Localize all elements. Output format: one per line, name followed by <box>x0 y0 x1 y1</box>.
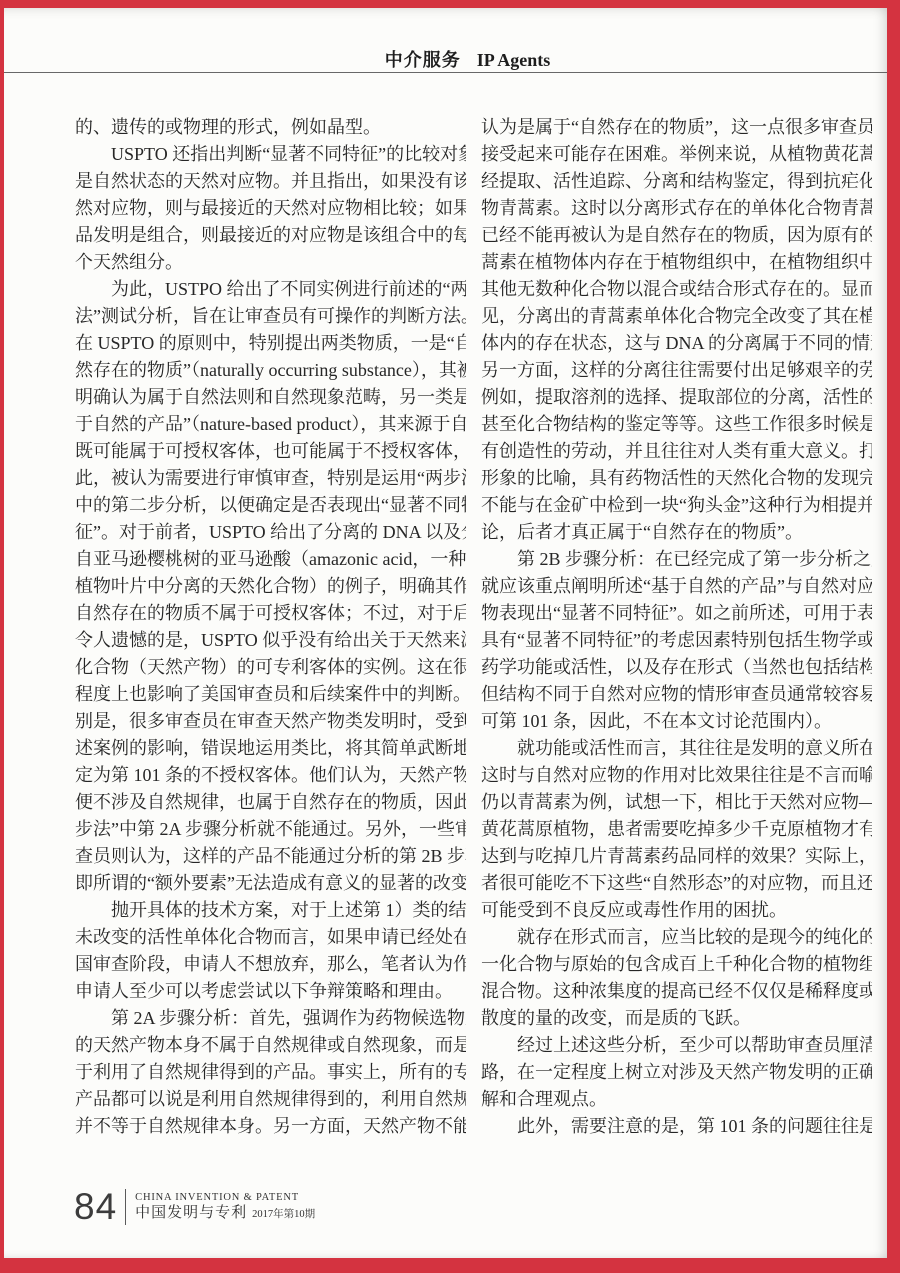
text-line: 即所谓的“额外要素”无法造成有意义的显著的改变。 <box>75 870 466 897</box>
text-line: 不能与在金矿中检到一块“狗头金”这种行为相提并 <box>481 492 872 519</box>
text-line: 此，被认为需要进行审慎审查，特别是运用“两步法” <box>75 465 466 492</box>
text-line: 植物叶片中分离的天然化合物）的例子，明确其作为 <box>75 573 466 600</box>
text-line: 但结构不同于自然对应物的情形审查员通常较容易认 <box>481 681 872 708</box>
text-line: 蒿素在植物体内存在于植物组织中，在植物组织中与 <box>481 249 872 276</box>
text-line: 是自然状态的天然对应物。并且指出，如果没有该天 <box>75 168 466 195</box>
text-line: 黄花蒿原植物，患者需要吃掉多少千克原植物才有能 <box>481 816 872 843</box>
text-line: 未改变的活性单体化合物而言，如果申请已经处在美 <box>75 924 466 951</box>
section-title-en: IP Agents <box>477 50 551 70</box>
text-line: 具有“显著不同特征”的考虑因素特别包括生物学或 <box>481 627 872 654</box>
text-line: 品发明是组合，则最接近的对应物是该组合中的每一 <box>75 222 466 249</box>
text-line: 第 2A 步骤分析：首先，强调作为药物候选物发现 <box>75 1005 466 1032</box>
text-line: 述案例的影响，错误地运用类比，将其简单武断地判 <box>75 735 466 762</box>
text-line: 于自然的产品”（nature-based product），其来源于自然， <box>75 411 466 438</box>
text-line: 第 2B 步骤分析：在已经完成了第一步分析之后， <box>481 546 872 573</box>
scanned-page: { "colors":{"border_red":"#d43340","pape… <box>0 0 900 1273</box>
paper: 中介服务IP Agents 的、遗传的或物理的形式，例如晶型。 USPTO 还指… <box>4 8 887 1258</box>
header-rule <box>4 72 887 73</box>
text-line: USPTO 还指出判断“显著不同特征”的比较对象 <box>75 141 466 168</box>
journal-name-cn: 中国发明与专利 <box>135 1205 247 1221</box>
text-line: 产品都可以说是利用自然规律得到的，利用自然规律 <box>75 1086 466 1113</box>
text-line: 程度上也影响了美国审查员和后续案件中的判断。特 <box>75 681 466 708</box>
text-line: 国审查阶段，申请人不想放弃，那么，笔者认为作为 <box>75 951 466 978</box>
text-line: 可能受到不良反应或毒性作用的困扰。 <box>481 897 872 924</box>
journal-info: CHINA INVENTION & PATENT 中国发明与专利2017年第10… <box>135 1192 315 1222</box>
text-line: 法”测试分析，旨在让审查员有可操作的判断方法。 <box>75 303 466 330</box>
text-line: 一化合物与原始的包含成百上千种化合物的植物组织 <box>481 951 872 978</box>
footer-divider <box>125 1189 126 1225</box>
text-line: 查员则认为，这样的产品不能通过分析的第 2B 步骤， <box>75 843 466 870</box>
text-line: 别是，很多审查员在审查天然产物类发明时，受到上 <box>75 708 466 735</box>
text-line: 的天然产物本身不属于自然规律或自然现象，而是属 <box>75 1032 466 1059</box>
text-line: 征”。对于前者，USPTO 给出了分离的 DNA 以及分离 <box>75 519 466 546</box>
column-left: 的、遗传的或物理的形式，例如晶型。 USPTO 还指出判断“显著不同特征”的比较… <box>75 114 466 1140</box>
text-line: 例如，提取溶剂的选择、提取部位的分离，活性的追踪， <box>481 384 872 411</box>
text-line: 者很可能吃不下这些“自然形态”的对应物，而且还 <box>481 870 872 897</box>
text-line: 这时与自然对应物的作用对比效果往往是不言而喻的。 <box>481 762 872 789</box>
text-line: 有创造性的劳动，并且往往对人类有重大意义。打个 <box>481 438 872 465</box>
text-line: 申请人至少可以考虑尝试以下争辩策略和理由。 <box>75 978 466 1005</box>
text-line: 药学功能或活性，以及存在形式（当然也包括结构， <box>481 654 872 681</box>
text-line: 可第 101 条，因此，不在本文讨论范围内）。 <box>481 708 872 735</box>
article-columns: 的、遗传的或物理的形式，例如晶型。 USPTO 还指出判断“显著不同特征”的比较… <box>75 114 872 1140</box>
text-line: 就应该重点阐明所述“基于自然的产品”与自然对应 <box>481 573 872 600</box>
text-line: 然存在的物质”（naturally occurring substance），其… <box>75 357 466 384</box>
text-line: 形象的比喻，具有药物活性的天然化合物的发现完全 <box>481 465 872 492</box>
text-line: 于利用了自然规律得到的产品。事实上，所有的专利 <box>75 1059 466 1086</box>
text-line: 仍以青蒿素为例，试想一下，相比于天然对应物—— <box>481 789 872 816</box>
text-line: 物青蒿素。这时以分离形式存在的单体化合物青蒿素 <box>481 195 872 222</box>
text-line: 个天然组分。 <box>75 249 466 276</box>
text-line: 论，后者才真正属于“自然存在的物质”。 <box>481 519 872 546</box>
text-line: 步法”中第 2A 步骤分析就不能通过。另外，一些审 <box>75 816 466 843</box>
column-right: 认为是属于“自然存在的物质”，这一点很多审查员接受起来可能存在困难。举例来说，从… <box>481 114 872 1140</box>
text-line: 认为是属于“自然存在的物质”，这一点很多审查员 <box>481 114 872 141</box>
text-line: 的、遗传的或物理的形式，例如晶型。 <box>75 114 466 141</box>
text-line: 化合物（天然产物）的可专利客体的实例。这在很大 <box>75 654 466 681</box>
text-line: 体内的存在状态，这与 DNA 的分离属于不同的情形。 <box>481 330 872 357</box>
text-line: 抛开具体的技术方案，对于上述第 1）类的结构 <box>75 897 466 924</box>
text-line: 为此，USTPO 给出了不同实例进行前述的“两步 <box>75 276 466 303</box>
text-line: 便不涉及自然规律，也属于自然存在的物质，因此，“两 <box>75 789 466 816</box>
page-header: 中介服务IP Agents <box>4 46 887 72</box>
text-line: 既可能属于可授权客体，也可能属于不授权客体，因 <box>75 438 466 465</box>
text-line: 自亚马逊樱桃树的亚马逊酸（amazonic acid，一种自 <box>75 546 466 573</box>
text-line: 物表现出“显著不同特征”。如之前所述，可用于表明 <box>481 600 872 627</box>
text-line: 就功能或活性而言，其往往是发明的意义所在。 <box>481 735 872 762</box>
journal-name-en: CHINA INVENTION & PATENT <box>135 1192 315 1204</box>
text-line: 见，分离出的青蒿素单体化合物完全改变了其在植物 <box>481 303 872 330</box>
text-line: 明确认为属于自然法则和自然现象范畴，另一类是“基 <box>75 384 466 411</box>
text-line: 另一方面，这样的分离往往需要付出足够艰辛的劳动， <box>481 357 872 384</box>
issue-number: 2017年第10期 <box>252 1209 315 1220</box>
page-number: 84 <box>74 1186 117 1228</box>
text-line: 在 USPTO 的原则中，特别提出两类物质，一是“自 <box>75 330 466 357</box>
text-line: 自然存在的物质不属于可授权客体；不过，对于后者， <box>75 600 466 627</box>
text-line: 经提取、活性追踪、分离和结构鉴定，得到抗疟化合 <box>481 168 872 195</box>
text-line: 中的第二步分析，以便确定是否表现出“显著不同特 <box>75 492 466 519</box>
text-line: 散度的量的改变，而是质的飞跃。 <box>481 1005 872 1032</box>
page-footer: 84 CHINA INVENTION & PATENT 中国发明与专利2017年… <box>74 1186 315 1228</box>
text-line: 经过上述这些分析，至少可以帮助审查员厘清思 <box>481 1032 872 1059</box>
text-line: 此外，需要注意的是，第 101 条的问题往往是与 <box>481 1113 872 1140</box>
text-line: 其他无数种化合物以混合或结合形式存在的。显而易 <box>481 276 872 303</box>
text-line: 解和合理观点。 <box>481 1086 872 1113</box>
text-line: 并不等于自然规律本身。另一方面，天然产物不能被 <box>75 1113 466 1140</box>
text-line: 达到与吃掉几片青蒿素药品同样的效果？实际上，患 <box>481 843 872 870</box>
text-line: 甚至化合物结构的鉴定等等。这些工作很多时候是具 <box>481 411 872 438</box>
text-line: 令人遗憾的是，USPTO 似乎没有给出关于天然来源的 <box>75 627 466 654</box>
text-line: 就存在形式而言，应当比较的是现今的纯化的单 <box>481 924 872 951</box>
text-line: 定为第 101 条的不授权客体。他们认为，天然产物即 <box>75 762 466 789</box>
text-line: 接受起来可能存在困难。举例来说，从植物黄花蒿中 <box>481 141 872 168</box>
text-line: 然对应物，则与最接近的天然对应物相比较；如果产 <box>75 195 466 222</box>
section-title-cn: 中介服务 <box>385 50 461 70</box>
text-line: 已经不能再被认为是自然存在的物质，因为原有的青 <box>481 222 872 249</box>
text-line: 混合物。这种浓集度的提高已经不仅仅是稀释度或分 <box>481 978 872 1005</box>
text-line: 路，在一定程度上树立对涉及天然产物发明的正确理 <box>481 1059 872 1086</box>
